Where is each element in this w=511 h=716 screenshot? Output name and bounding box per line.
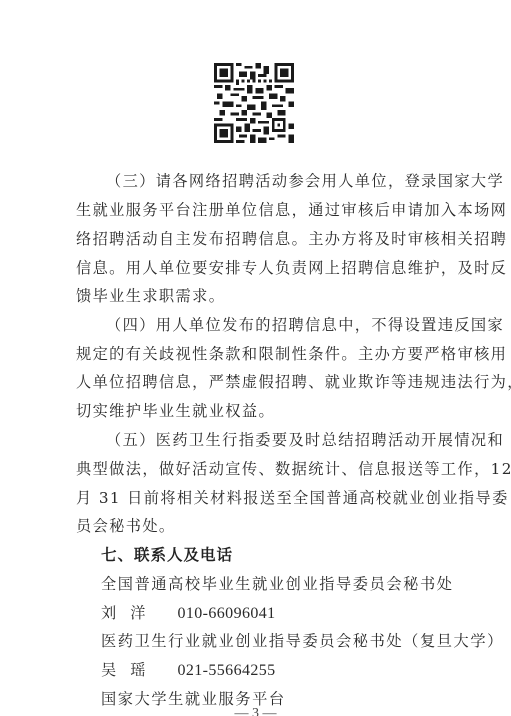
section-7-heading: 七、联系人及电话 xyxy=(101,545,233,565)
contact-name: 刘洋 xyxy=(101,603,171,623)
page-number: — 3 — xyxy=(0,706,511,716)
paragraph-3-line-3: 络招聘活动自主发布招聘信息。主办方将及时审核相关招聘 xyxy=(76,229,446,249)
contact-person-2: 吴瑶 021-55664255 xyxy=(101,660,276,681)
contact-phone: 021-55664255 xyxy=(177,662,275,679)
contact-name: 吴瑶 xyxy=(101,660,171,680)
contact-org-2: 医药卫生行业就业创业指导委员会秘书处（复旦大学） xyxy=(101,631,504,651)
paragraph-5-line-2: 典型做法，做好活动宣传、数据统计、信息报送等工作，12 xyxy=(76,459,446,479)
paragraph-4-line-1: （四）用人单位发布的招聘信息中，不得设置违反国家 xyxy=(106,315,446,335)
paragraph-5-line-3: 月 31 日前将相关材料报送至全国普通高校就业创业指导委 xyxy=(76,488,446,508)
paragraph-4-line-4: 切实维护毕业生就业权益。 xyxy=(76,401,446,421)
qr-code-icon xyxy=(214,63,294,143)
paragraph-3-line-4: 信息。用人单位要安排专人负责网上招聘信息维护，及时反 xyxy=(76,258,446,278)
paragraph-3-line-2: 生就业服务平台注册单位信息，通过审核后申请加入本场网 xyxy=(76,200,446,220)
paragraph-3-line-5: 馈毕业生求职需求。 xyxy=(76,286,446,306)
paragraph-4-line-2: 规定的有关歧视性条款和限制性条件。主办方要严格审核用 xyxy=(76,344,446,364)
paragraph-5-line-4: 员会秘书处。 xyxy=(76,516,446,536)
paragraph-5-line-1: （五）医药卫生行指委要及时总结招聘活动开展情况和 xyxy=(106,430,446,450)
paragraph-3-line-1: （三）请各网络招聘活动参会用人单位，登录国家大学 xyxy=(106,171,446,191)
contact-org-1: 全国普通高校毕业生就业创业指导委员会秘书处 xyxy=(101,574,454,594)
paragraph-4-line-3: 人单位招聘信息，严禁虚假招聘、就业欺诈等违规违法行为， xyxy=(76,372,446,392)
contact-person-1: 刘洋 010-66096041 xyxy=(101,603,276,624)
contact-phone: 010-66096041 xyxy=(177,605,275,622)
